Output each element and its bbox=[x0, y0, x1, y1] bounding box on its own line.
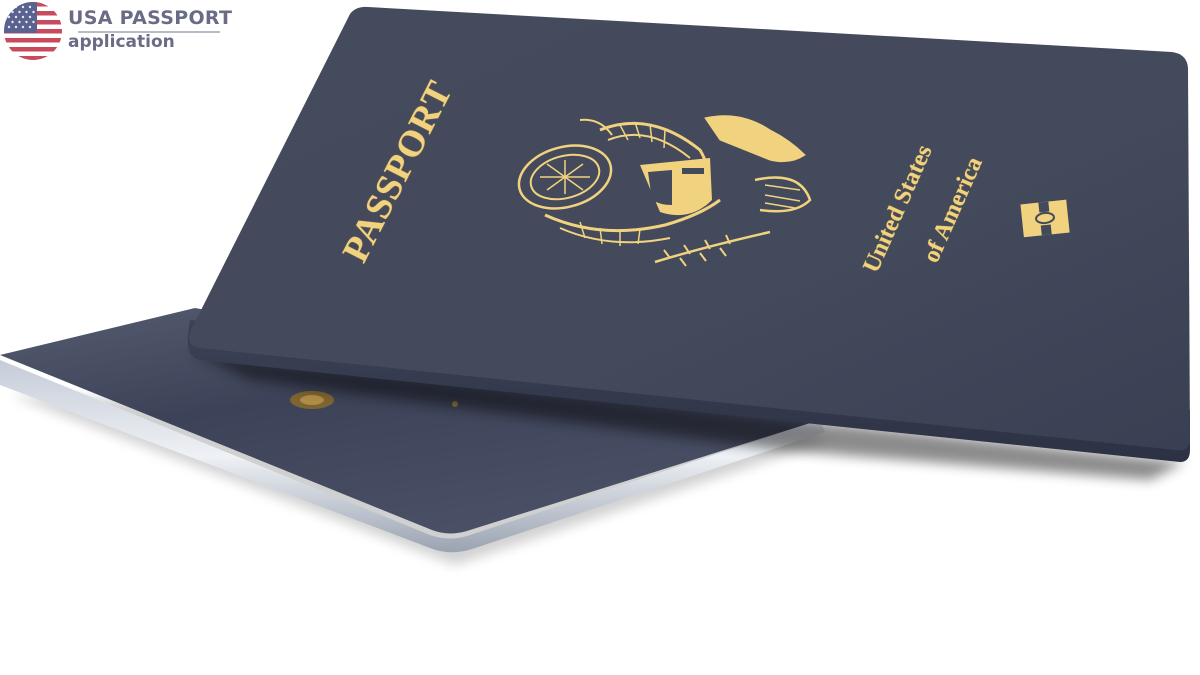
brand-subtitle: application bbox=[68, 32, 175, 52]
passport-photo bbox=[0, 0, 1200, 675]
biometric-chip-icon bbox=[1020, 200, 1069, 238]
us-flag-circle-icon bbox=[4, 2, 62, 60]
brand-title: USA PASSPORT bbox=[68, 7, 232, 29]
brand-logo[interactable]: USA PASSPORT application bbox=[4, 2, 234, 60]
